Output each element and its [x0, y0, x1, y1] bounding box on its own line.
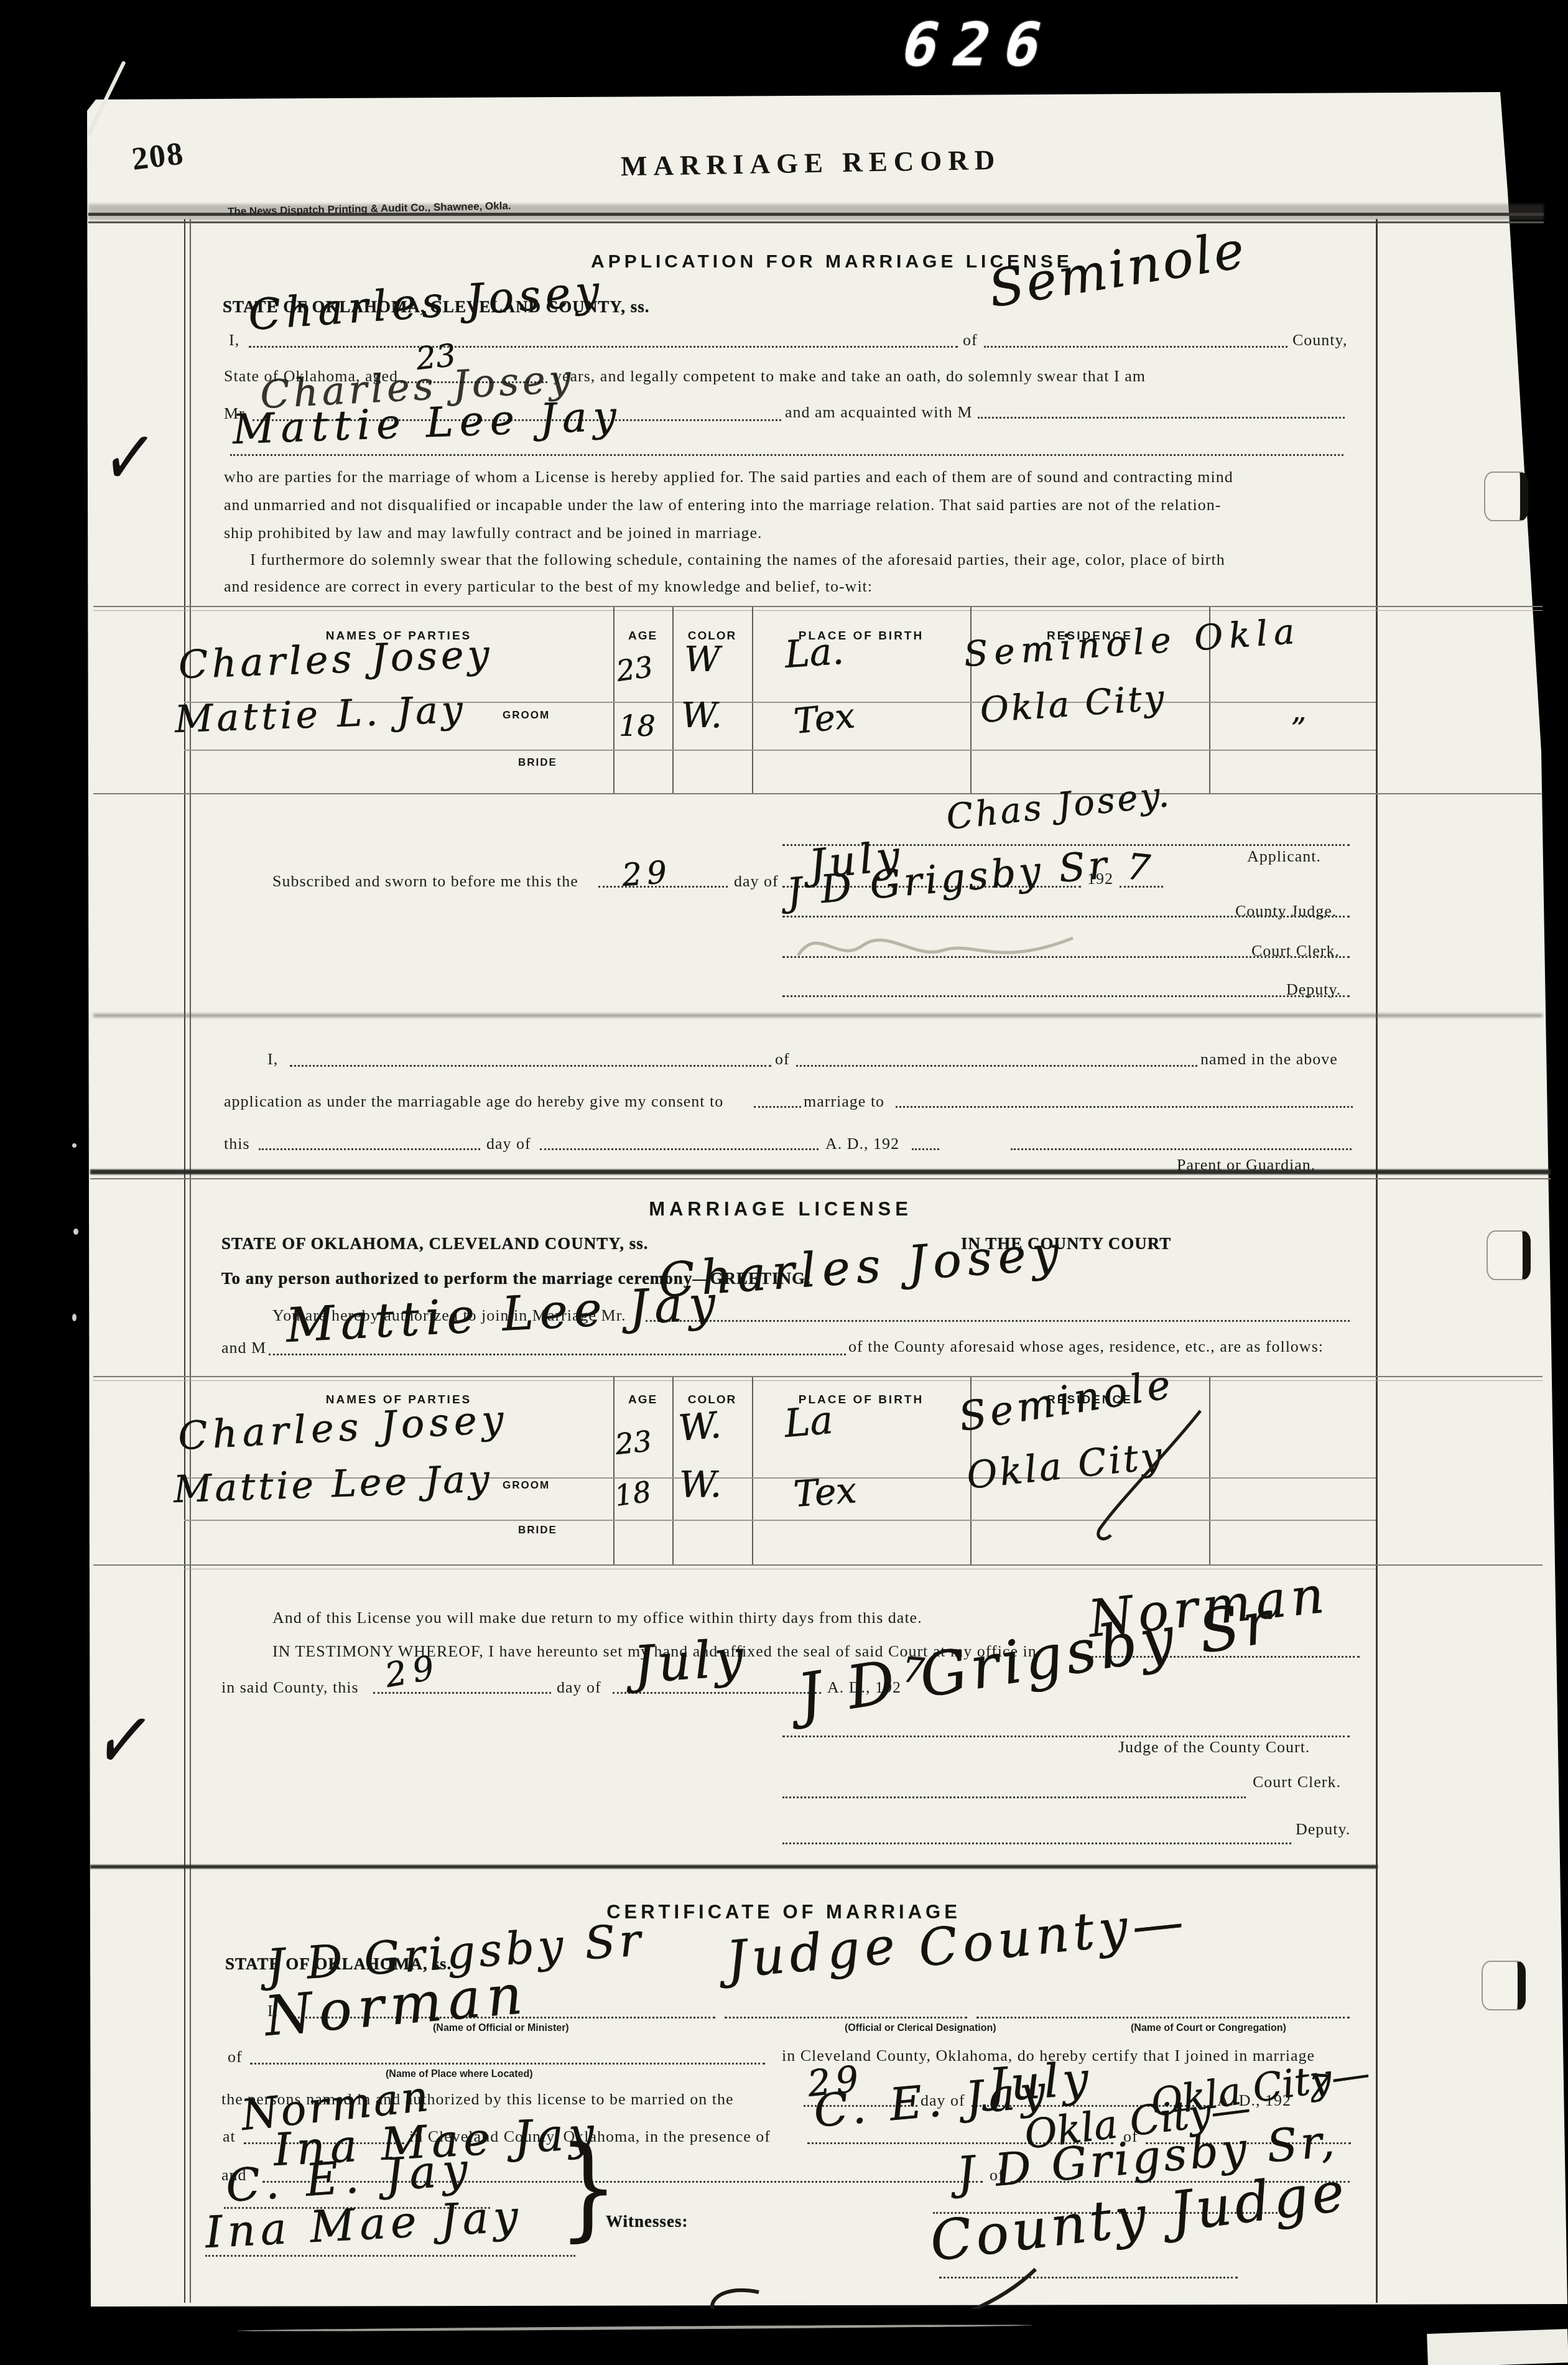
consent-ad-label: A. D., 192 [825, 1135, 899, 1153]
consent-of-label: of [775, 1050, 790, 1069]
license-clerk-label: Court Clerk. [1253, 1773, 1341, 1791]
scanned-marriage-record: { "page": { "counter": "626", "number": … [0, 0, 1568, 2365]
witnesses-label: Witnesses: [606, 2212, 689, 2231]
record-title: MARRIAGE RECORD [621, 144, 1001, 183]
scan-bottom-corner-paper [1427, 2329, 1568, 2365]
county-label: County, [1292, 331, 1347, 350]
witness-brace: } [559, 2123, 618, 2253]
at-label: at [223, 2127, 236, 2146]
i-label: I, [229, 331, 239, 350]
table2-header-age: AGE [613, 1393, 672, 1407]
return-line: And of this License you will make due re… [272, 1609, 922, 1627]
consent-marriage-line [896, 1106, 1353, 1108]
consent-dayof-label: day of [486, 1135, 531, 1153]
t1-groom-color: W [684, 639, 720, 680]
table2-bottom-rule-2 [184, 1569, 1376, 1569]
certificate-heading: CERTIFICATE OF MARRIAGE [597, 1901, 970, 1923]
binder-hole-2 [1487, 1230, 1531, 1280]
follows-label: of the County aforesaid whose ages, resi… [848, 1337, 1324, 1356]
application-para4: I furthermore do solemnly swear that the… [250, 551, 1225, 569]
license-judge-line [782, 1735, 1350, 1737]
groom-role-label: GROOM [503, 709, 550, 722]
section-separator-1b [90, 1178, 1551, 1179]
table2-top-rule-2 [93, 1380, 1542, 1381]
stray-pen-stroke [1082, 1407, 1207, 1550]
dust-speck [72, 1314, 77, 1321]
license-judge-label: Judge of the County Court. [1118, 1738, 1310, 1757]
t2-groom-birth: La [782, 1396, 835, 1446]
designation-sig-line [725, 2017, 967, 2019]
license-bride-line [269, 1354, 846, 1355]
faint-pencil-signature [793, 919, 1079, 969]
right-border [1376, 219, 1378, 2303]
consent-consent-line [754, 1106, 801, 1108]
witness-sig2-line [205, 2255, 575, 2257]
certificate-of-label: of [228, 2048, 243, 2066]
applicant-label: Applicant. [1247, 847, 1321, 866]
guardian-label: Parent or Guardian. [1177, 1156, 1315, 1174]
application-heading: APPLICATION FOR MARRIAGE LICENSE [591, 251, 989, 272]
license-groom-line [646, 1320, 1350, 1322]
deputy-line [782, 995, 1350, 997]
bride-role-label-2: BRIDE [518, 1524, 557, 1536]
table1-top-rule-2 [93, 610, 1542, 611]
scan-counter-display: 626 [894, 10, 1064, 80]
place-sig-line [250, 2063, 765, 2065]
consent-of-line [796, 1065, 1197, 1067]
license-deputy-line [782, 1842, 1291, 1844]
application-para1: who are parties for the marriage of whom… [224, 468, 1233, 486]
consent-marriage-to: marriage to [804, 1092, 884, 1111]
t2-bride-birth: Tex [792, 1469, 858, 1515]
light-separator [93, 1014, 1542, 1017]
application-para3: ship prohibited by law and may lawfully … [224, 524, 763, 542]
t2-groom-age: 23 [613, 1424, 653, 1461]
consent-i-label: I, [267, 1050, 278, 1069]
application-para5: and residence are correct in every parti… [224, 577, 873, 596]
testimony-month-handwriting: July [631, 1629, 748, 1695]
binder-hole-3 [1482, 1961, 1526, 2010]
acquainted-name-line [230, 454, 1343, 456]
testimony-dayof-label: day of [557, 1678, 601, 1697]
dust-speck [73, 1229, 78, 1235]
t1-bride-color: W. [681, 695, 722, 736]
section-separator-2 [90, 1865, 1378, 1869]
t2-bride-age: 18 [612, 1474, 652, 1513]
aged-rest: years, and legally competent to make and… [554, 367, 1146, 386]
binder-hole-1 [1484, 472, 1528, 521]
consent-guardian-line [1011, 1148, 1352, 1150]
consent-line2: application as under the marriagable age… [224, 1092, 723, 1111]
of-label: of [963, 331, 978, 350]
sworn-label: Subscribed and sworn to before me this t… [272, 872, 578, 891]
scan-bottom-band [0, 2309, 1568, 2365]
section-separator-1 [90, 1169, 1551, 1174]
table1-top-rule [93, 606, 1542, 607]
consent-day-line [259, 1148, 480, 1150]
county-judge-label: County Judge. [1235, 902, 1337, 921]
t1-bride-age: 18 [619, 709, 656, 743]
groom-role-label-2: GROOM [503, 1479, 550, 1492]
left-border-inner [190, 219, 191, 2303]
court-caption: (Name of Court or Congregation) [1131, 2023, 1286, 2034]
sworn-year-digit: 7 [1125, 845, 1152, 889]
county-line [984, 346, 1287, 348]
designation-caption: (Official or Clerical Designation) [845, 2023, 996, 2034]
left-border-outer [184, 219, 185, 2303]
table1-bottom-rule [93, 793, 1542, 794]
table1-header-age: AGE [613, 630, 672, 643]
t1-bride-residence-ditto: ” [1291, 712, 1306, 747]
t1-bride-birth: Tex [792, 695, 856, 742]
court-sig-line [977, 2017, 1350, 2019]
bride-role-label: BRIDE [518, 756, 557, 769]
table1-row-rule-2 [184, 750, 1376, 751]
application-para2: and unmarried and not disqualified or in… [224, 496, 1221, 514]
consent-named-label: named in the above [1200, 1050, 1338, 1069]
sworn-day-handwriting: 29 [621, 854, 672, 893]
acquainted-line [978, 417, 1345, 419]
license-deputy-label: Deputy. [1296, 1820, 1350, 1839]
and-m-label: and M [221, 1339, 266, 1357]
consent-year-line [912, 1148, 939, 1150]
top-rule-2 [88, 221, 1544, 223]
consent-month-line [540, 1148, 819, 1150]
license-heading: MARRIAGE LICENSE [606, 1198, 955, 1220]
consent-name-line [290, 1065, 771, 1067]
sworn-dayof-label: day of [734, 872, 779, 891]
table2-divider [1209, 1377, 1210, 1565]
acquainted-label: and am acquainted with M [785, 403, 972, 422]
dust-speck [72, 1143, 77, 1148]
county-this-label: in said County, this [221, 1678, 359, 1697]
page-number: 208 [130, 135, 187, 178]
table2-top-rule [93, 1376, 1542, 1377]
court-clerk-label: Court Clerk. [1251, 942, 1340, 960]
t1-groom-birth: La. [783, 630, 845, 677]
t2-groom-color: W. [677, 1403, 723, 1449]
t2-bride-color: W. [679, 1463, 721, 1505]
deputy-label: Deputy. [1286, 980, 1341, 999]
license-clerk-line [782, 1796, 1246, 1798]
license-state-caption: STATE OF OKLAHOMA, CLEVELAND COUNTY, ss. [221, 1234, 649, 1253]
consent-this-label: this [224, 1135, 250, 1153]
applicant-name-line [249, 346, 958, 348]
t1-groom-age: 23 [614, 649, 654, 688]
